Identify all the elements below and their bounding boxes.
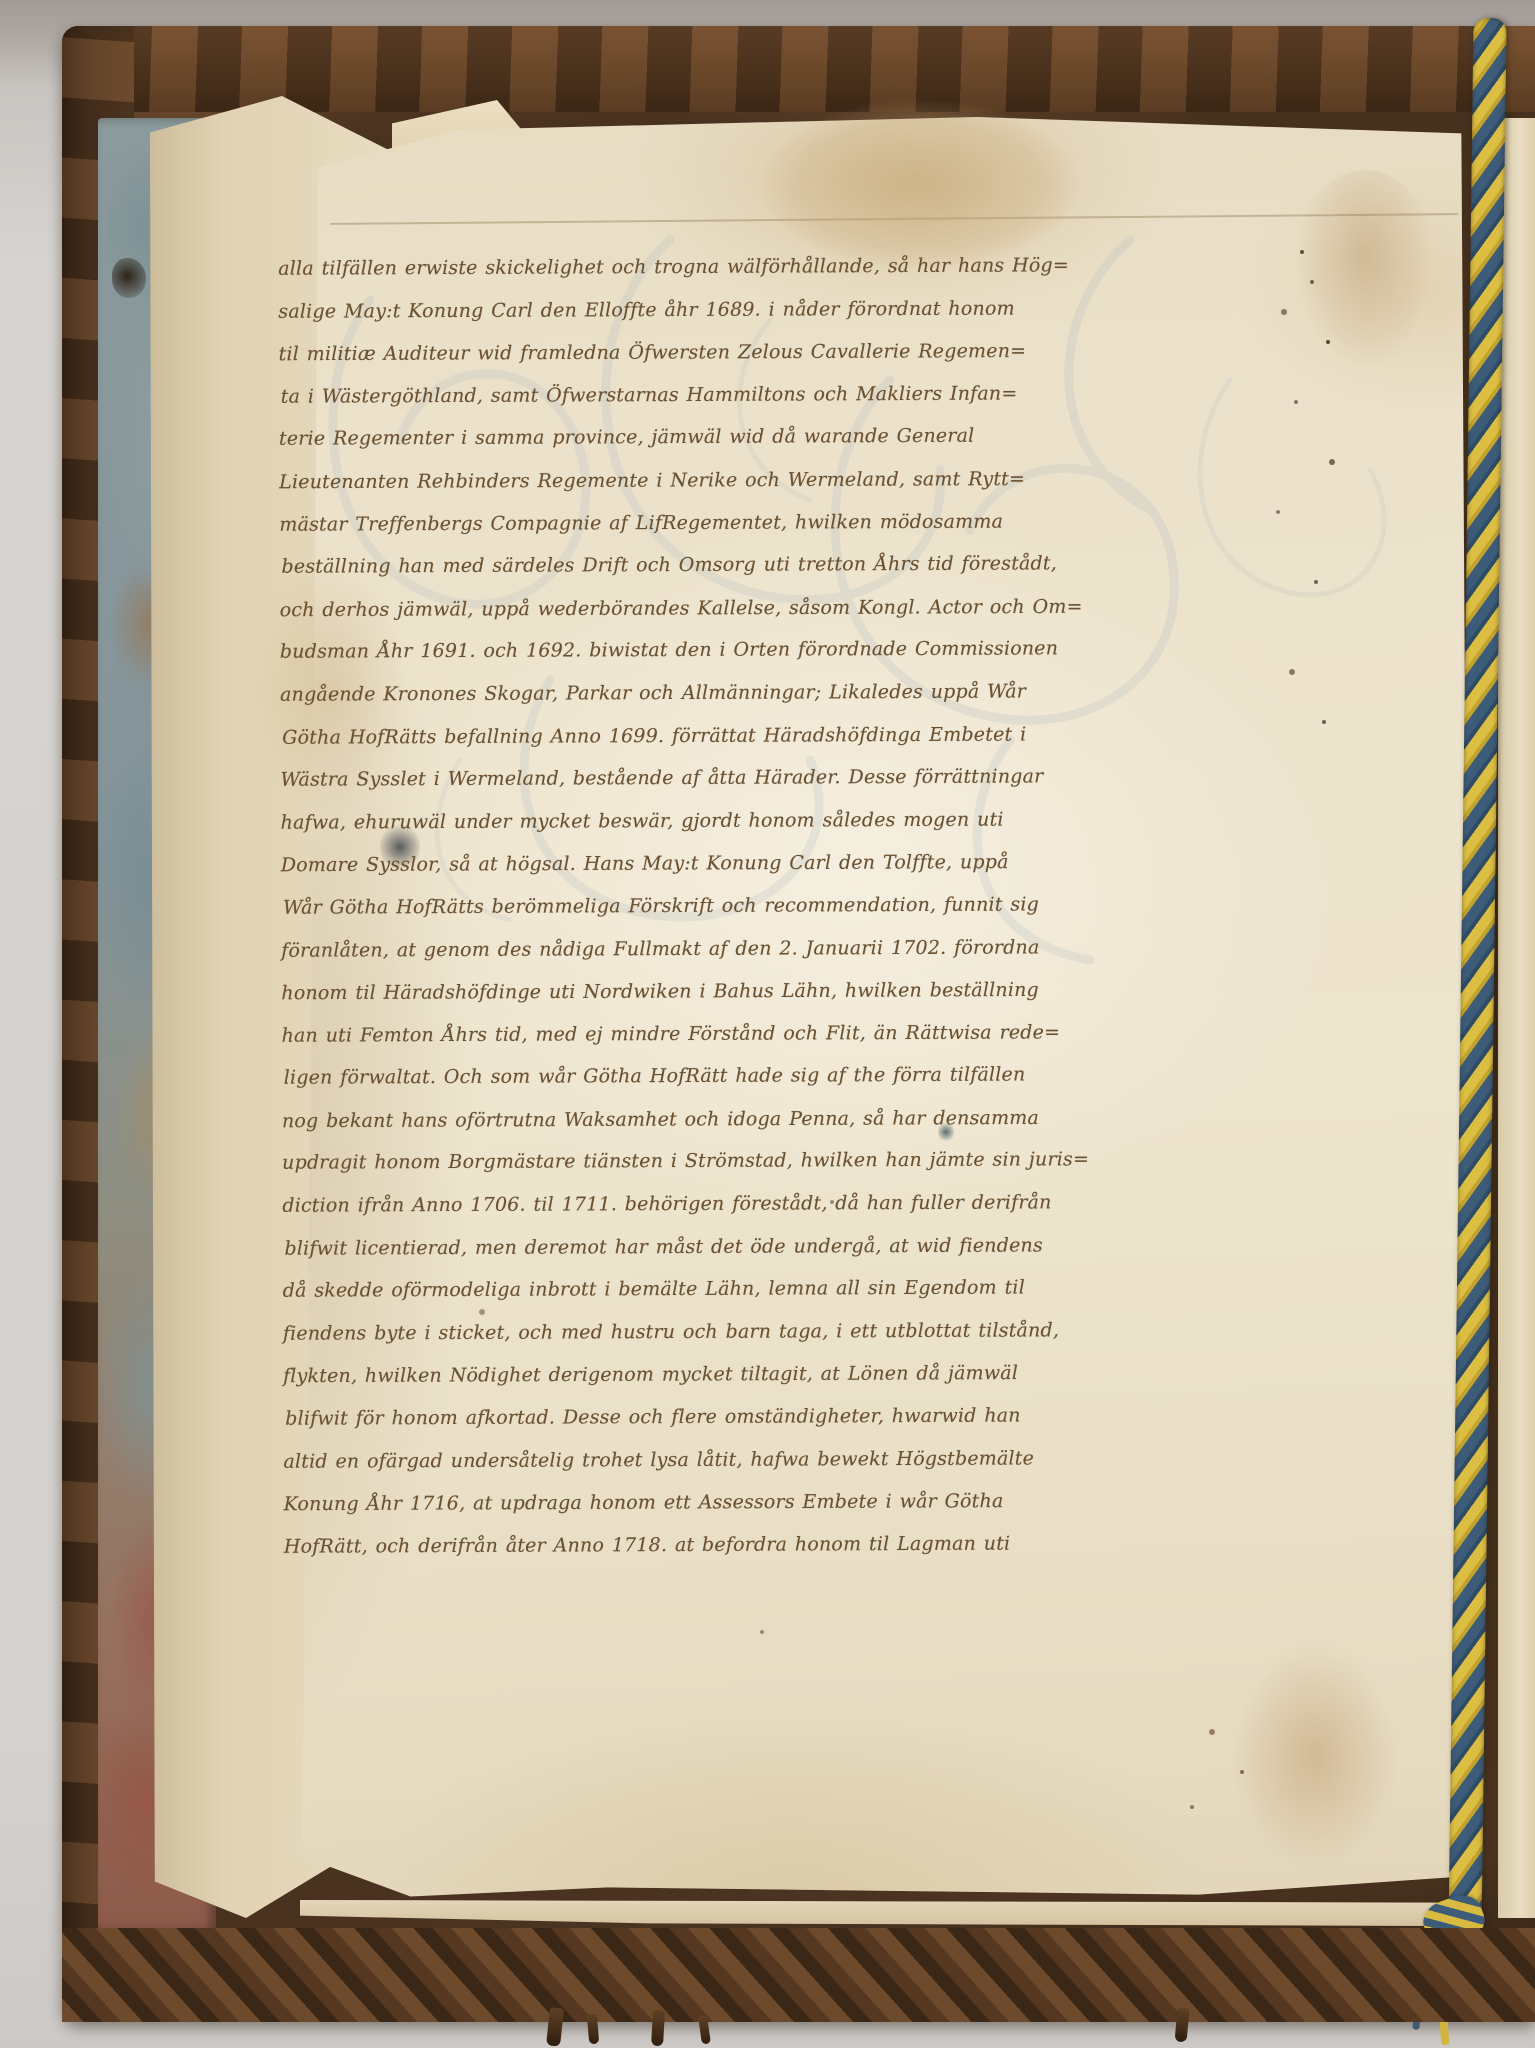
leather-fray bbox=[1175, 2008, 1190, 2043]
manuscript-line: han uti Femton Åhrs tid, med ej mindre F… bbox=[281, 1011, 1071, 1057]
manuscript-line: blifwit licentierad, men deremot har mås… bbox=[284, 1224, 1074, 1270]
manuscript-line: föranlåten, at genom des nådiga Fullmakt… bbox=[281, 926, 1071, 972]
leather-bottom-edge bbox=[62, 1928, 1535, 2022]
manuscript-line: Konung Åhr 1716, at updraga honom ett As… bbox=[284, 1480, 1074, 1526]
manuscript-line: alla tilfällen erwiste skickelighet och … bbox=[278, 244, 1068, 290]
manuscript-line: Lieutenanten Rehbinders Regemente i Neri… bbox=[279, 458, 1069, 504]
next-leaf-edge bbox=[1498, 118, 1535, 1918]
manuscript-line: altid en ofärgad undersåtelig trohet lys… bbox=[283, 1437, 1073, 1483]
manuscript-line: beställning han med särdeles Drift och O… bbox=[281, 542, 1071, 588]
manuscript-line: blifwit för honom afkortad. Desse och fl… bbox=[285, 1394, 1075, 1440]
manuscript-line: budsman Åhr 1691. och 1692. biwistat den… bbox=[280, 628, 1070, 674]
manuscript-line: då skedde oförmodeliga inbrott i bemälte… bbox=[283, 1267, 1073, 1313]
manuscript-line: updragit honom Borgmästare tiänsten i St… bbox=[282, 1139, 1072, 1185]
manuscript-line: diction ifrån Anno 1706. til 1711. behör… bbox=[282, 1181, 1072, 1227]
manuscript-line: angående Kronones Skogar, Parkar och All… bbox=[280, 670, 1070, 716]
manuscript-line: terie Regementer i samma province, jämwä… bbox=[279, 415, 1069, 461]
manuscript-line: fiendens byte i sticket, och med hustru … bbox=[283, 1309, 1073, 1355]
manuscript-line: salige May:t Konung Carl den Elloffte åh… bbox=[278, 287, 1068, 333]
ink-specks bbox=[1300, 250, 1304, 254]
manuscript-line: hafwa, ehuruwäl under mycket beswär, gjo… bbox=[281, 798, 1071, 844]
manuscript-line: Götha HofRätts befallning Anno 1699. för… bbox=[282, 713, 1072, 759]
leather-fray bbox=[651, 2010, 665, 2047]
scanned-book-page: alla tilfällen erwiste skickelighet och … bbox=[0, 0, 1535, 2048]
manuscript-line: honom til Häradshöfdinge uti Nordwiken i… bbox=[281, 969, 1071, 1015]
leather-fray bbox=[546, 2007, 564, 2046]
manuscript-line: til militiæ Auditeur wid framledna Öfwer… bbox=[278, 330, 1068, 376]
manuscript-line: ligen förwaltat. Och som wår Götha HofRä… bbox=[284, 1054, 1074, 1100]
manuscript-line: flykten, hwilken Nödighet derigenom myck… bbox=[283, 1352, 1073, 1398]
manuscript-line: Domare Sysslor, så at högsal. Hans May:t… bbox=[281, 841, 1071, 887]
manuscript-line: Wår Götha HofRätts berömmeliga Förskrift… bbox=[283, 883, 1073, 929]
manuscript-line: Wästra Sysslet i Wermeland, bestående af… bbox=[280, 755, 1070, 801]
manuscript-line: ta i Wästergöthland, samt Öfwerstarnas H… bbox=[281, 372, 1071, 418]
manuscript-line: nog bekant hans oförtrutna Waksamhet och… bbox=[282, 1097, 1072, 1143]
handwritten-text-block: alla tilfällen erwiste skickelighet och … bbox=[278, 244, 1074, 1568]
manuscript-line: HofRätt, och derifrån åter Anno 1718. at… bbox=[284, 1522, 1074, 1568]
manuscript-line: mästar Treffenbergs Compagnie af LifRege… bbox=[279, 500, 1069, 546]
manuscript-line: och derhos jämwäl, uppå wederbörandes Ka… bbox=[280, 586, 1070, 632]
